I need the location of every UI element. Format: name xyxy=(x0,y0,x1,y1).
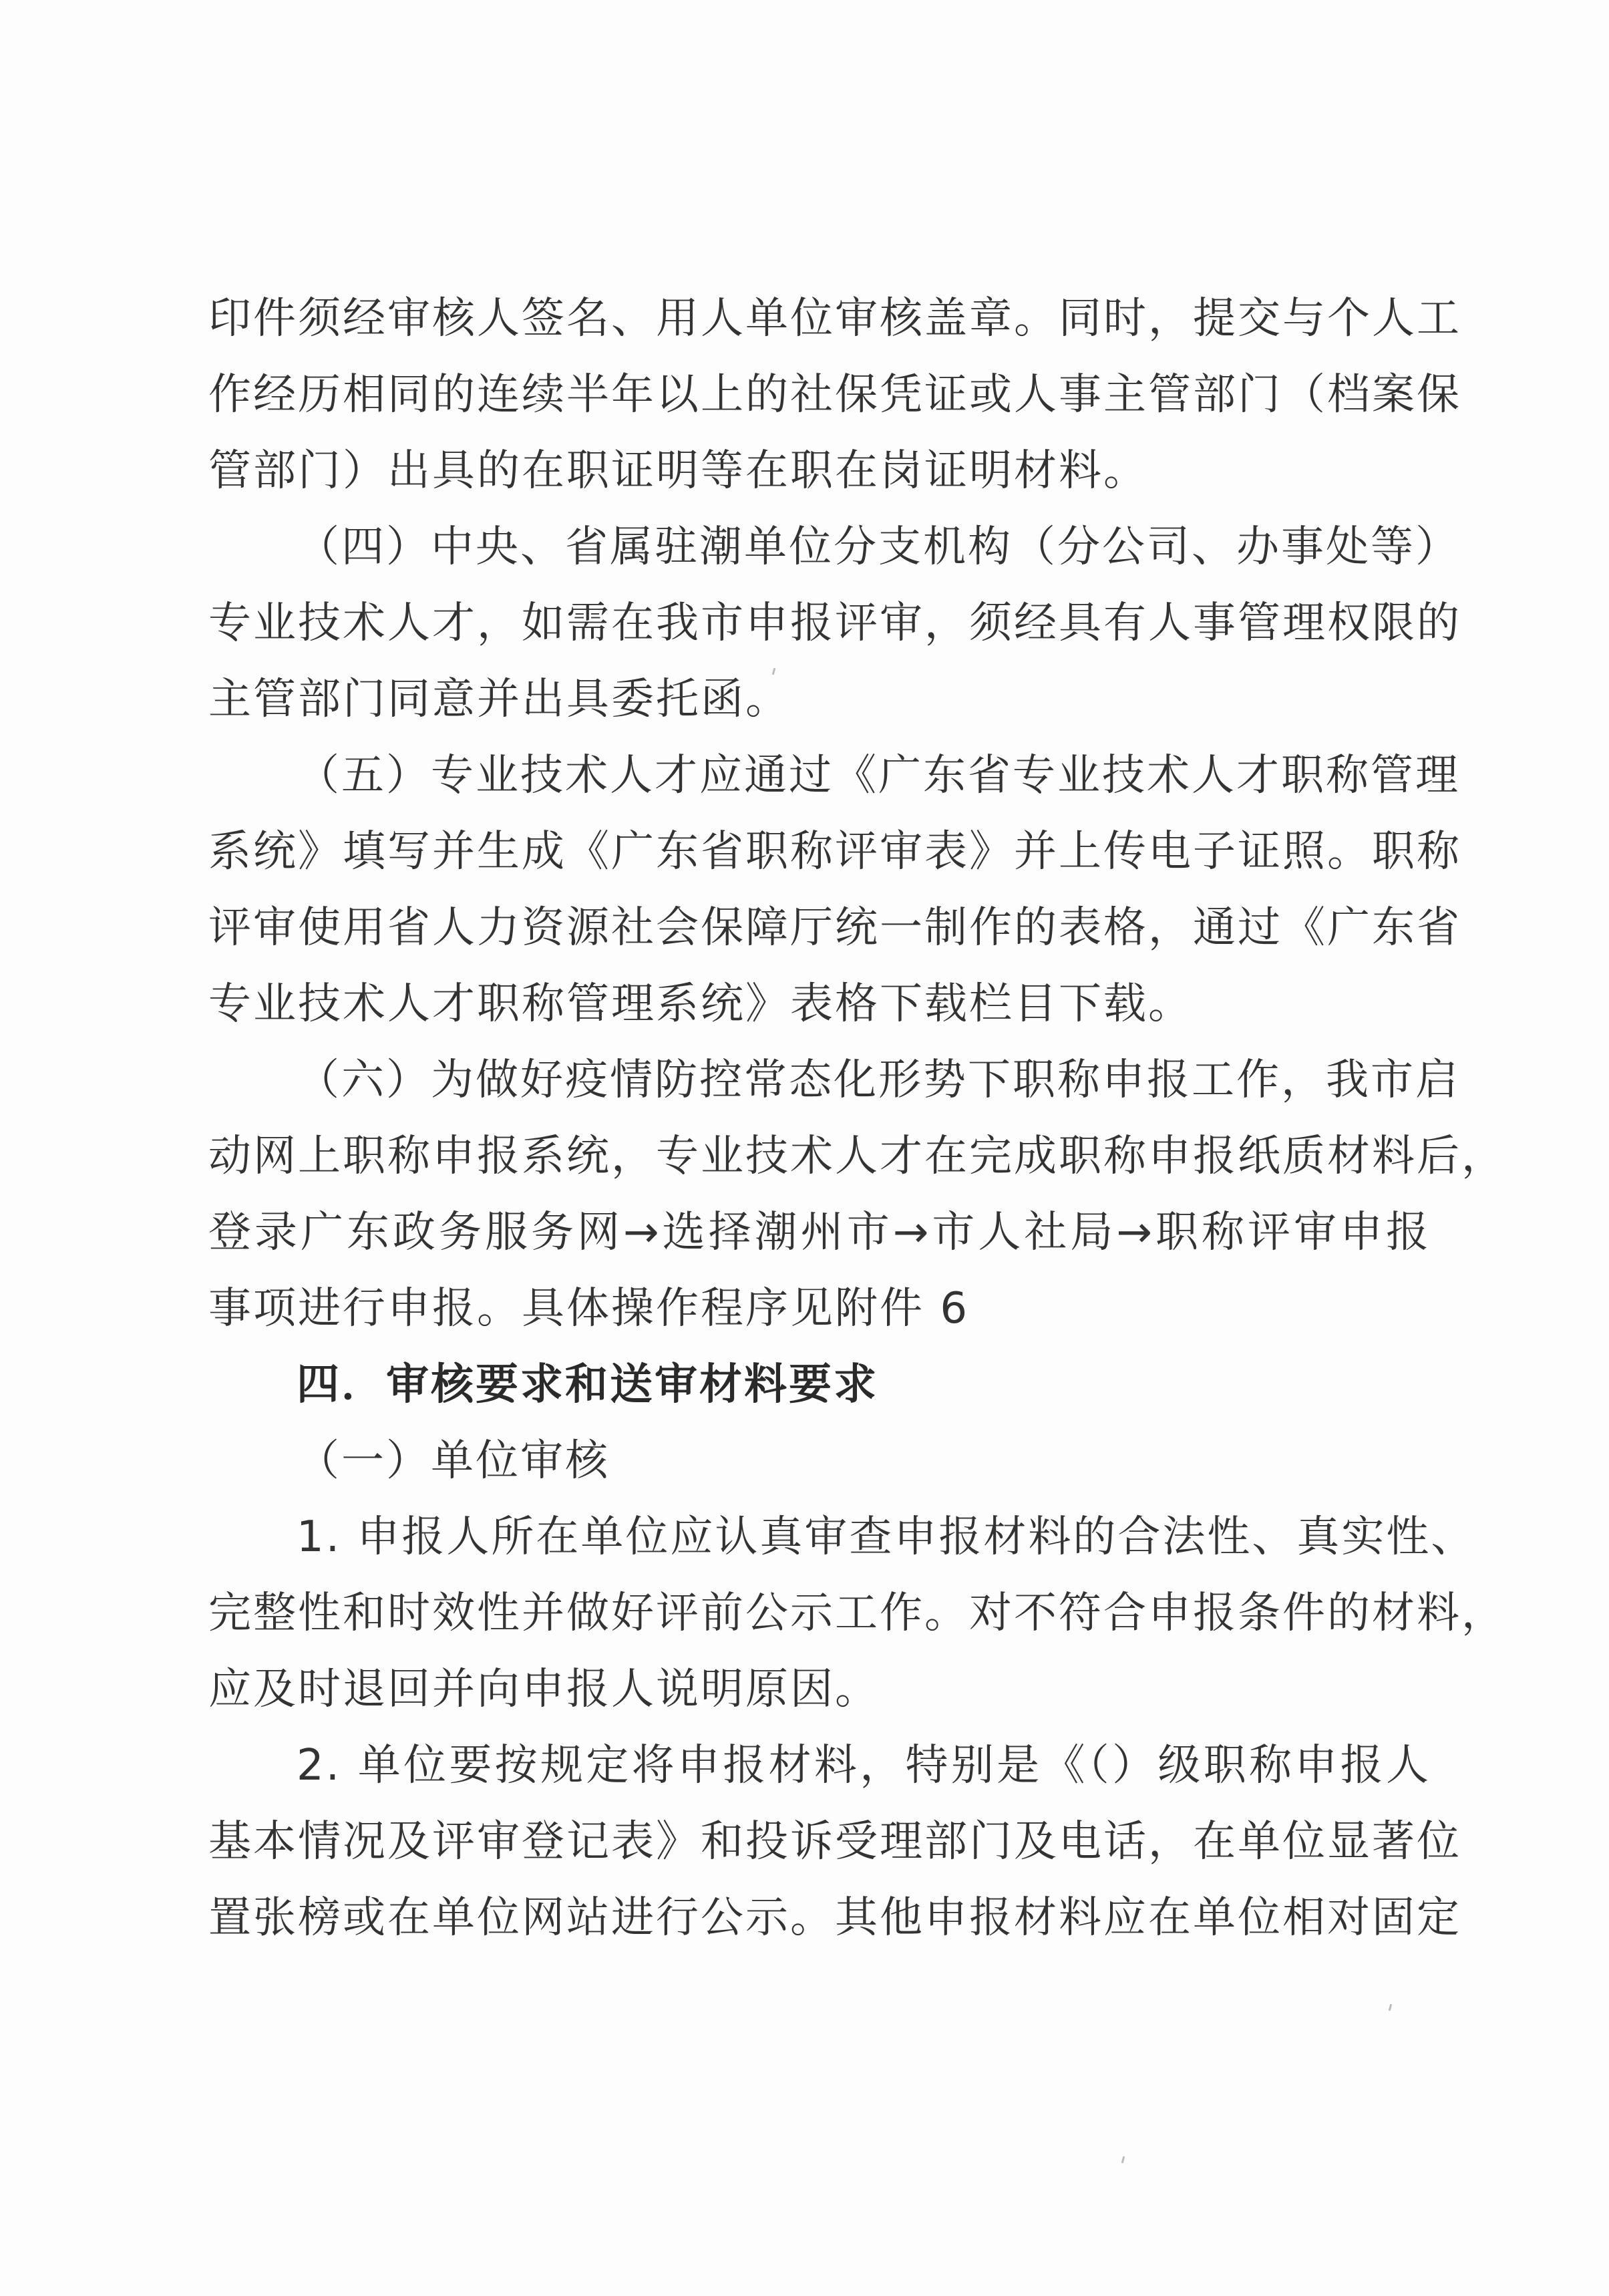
paragraph-item-5: （五）专业技术人才应通过《广东省专业技术人才职称管理 系统》填写并生成《广东省职… xyxy=(208,737,1431,1042)
text-line: 应及时退回并向申报人说明原因。 xyxy=(208,1651,1431,1728)
text-line: 完整性和时效性并做好评前公示工作。对不符合申报条件的材料， xyxy=(208,1575,1431,1651)
scan-speck xyxy=(1121,2156,1125,2163)
text-line: 2. 单位要按规定将申报材料，特别是《（）级职称申报人 xyxy=(208,1728,1431,1804)
paragraph-item-6: （六）为做好疫情防控常态化形势下职称申报工作，我市启 动网上职称申报系统，专业技… xyxy=(208,1042,1431,1347)
text-line: （四）中央、省属驻潮单位分支机构（分公司、办事处等） xyxy=(208,509,1431,585)
text-line: 管部门）出具的在职证明等在职在岗证明材料。 xyxy=(208,433,1431,509)
text-line: 基本情况及评审登记表》和投诉受理部门及电话，在单位显著位 xyxy=(208,1804,1431,1880)
text-line: 事项进行申报。具体操作程序见附件 6 xyxy=(208,1271,1431,1347)
scanned-document-page: 印件须经审核人签名、用人单位审核盖章。同时，提交与个人工 作经历相同的连续半年以… xyxy=(0,0,1609,2296)
text-line: 作经历相同的连续半年以上的社保凭证或人事主管部门（档案保 xyxy=(208,357,1431,433)
subsection-heading: （一）单位审核 xyxy=(208,1423,1431,1499)
scan-speck xyxy=(1389,2004,1392,2011)
paragraph-continuation: 印件须经审核人签名、用人单位审核盖章。同时，提交与个人工 作经历相同的连续半年以… xyxy=(208,281,1431,509)
text-line: 登录广东政务服务网→选择潮州市→市人社局→职称评审申报 xyxy=(208,1194,1431,1271)
text-line: 主管部门同意并出具委托函。 xyxy=(208,661,1431,737)
text-line: 专业技术人才职称管理系统》表格下载栏目下载。 xyxy=(208,966,1431,1042)
text-line: 动网上职称申报系统，专业技术人才在完成职称申报纸质材料后， xyxy=(208,1118,1431,1194)
text-line: 置张榜或在单位网站进行公示。其他申报材料应在单位相对固定 xyxy=(208,1880,1431,1956)
text-line: （六）为做好疫情防控常态化形势下职称申报工作，我市启 xyxy=(208,1042,1431,1118)
numbered-item-1: 1. 申报人所在单位应认真审查申报材料的合法性、真实性、 完整性和时效性并做好评… xyxy=(208,1499,1431,1728)
paragraph-item-4: （四）中央、省属驻潮单位分支机构（分公司、办事处等） 专业技术人才，如需在我市申… xyxy=(208,509,1431,737)
text-line: 评审使用省人力资源社会保障厅统一制作的表格，通过《广东省 xyxy=(208,890,1431,966)
text-line: 系统》填写并生成《广东省职称评审表》并上传电子证照。职称 xyxy=(208,814,1431,890)
text-line: 1. 申报人所在单位应认真审查申报材料的合法性、真实性、 xyxy=(208,1499,1431,1575)
text-line: （五）专业技术人才应通过《广东省专业技术人才职称管理 xyxy=(208,737,1431,814)
section-heading: 四．审核要求和送审材料要求 xyxy=(208,1347,1431,1423)
numbered-item-2: 2. 单位要按规定将申报材料，特别是《（）级职称申报人 基本情况及评审登记表》和… xyxy=(208,1728,1431,1956)
text-line: 印件须经审核人签名、用人单位审核盖章。同时，提交与个人工 xyxy=(208,281,1431,357)
document-body: 印件须经审核人签名、用人单位审核盖章。同时，提交与个人工 作经历相同的连续半年以… xyxy=(208,281,1431,1956)
text-line: 专业技术人才，如需在我市申报评审，须经具有人事管理权限的 xyxy=(208,585,1431,661)
